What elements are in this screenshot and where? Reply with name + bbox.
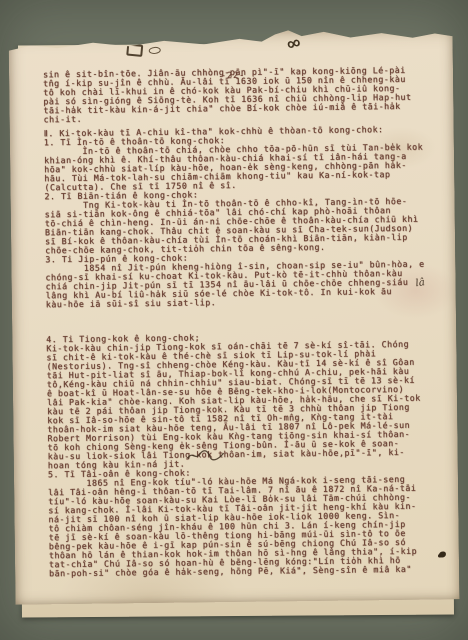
typewritten-page: ∞ sin ê sit-bîn-tōe. Jiân-āu chhòng-pān … (9, 27, 460, 604)
section-asia-mission: Ⅱ. Ki-tok-kàu tī A-chiu kî-tha" kok-chhù… (44, 124, 442, 309)
binding-wire-mark: ∞ (285, 23, 335, 54)
scanned-document-photo: ∞ sin ê sit-bîn-tōe. Jiân-āu chhòng-pān … (0, 0, 468, 640)
ink-scribble-mark (186, 448, 226, 462)
typed-text: sin ê sit-bîn-tōe. Jiân-āu chhòng-pān pì… (43, 65, 445, 578)
section-china-taiwan: 4. Ti Tiong-kok ê kong-chok;Ki-tok-kàu c… (46, 330, 445, 578)
handwritten-note: lâ (415, 277, 426, 289)
staple-hole-mark (148, 46, 161, 54)
